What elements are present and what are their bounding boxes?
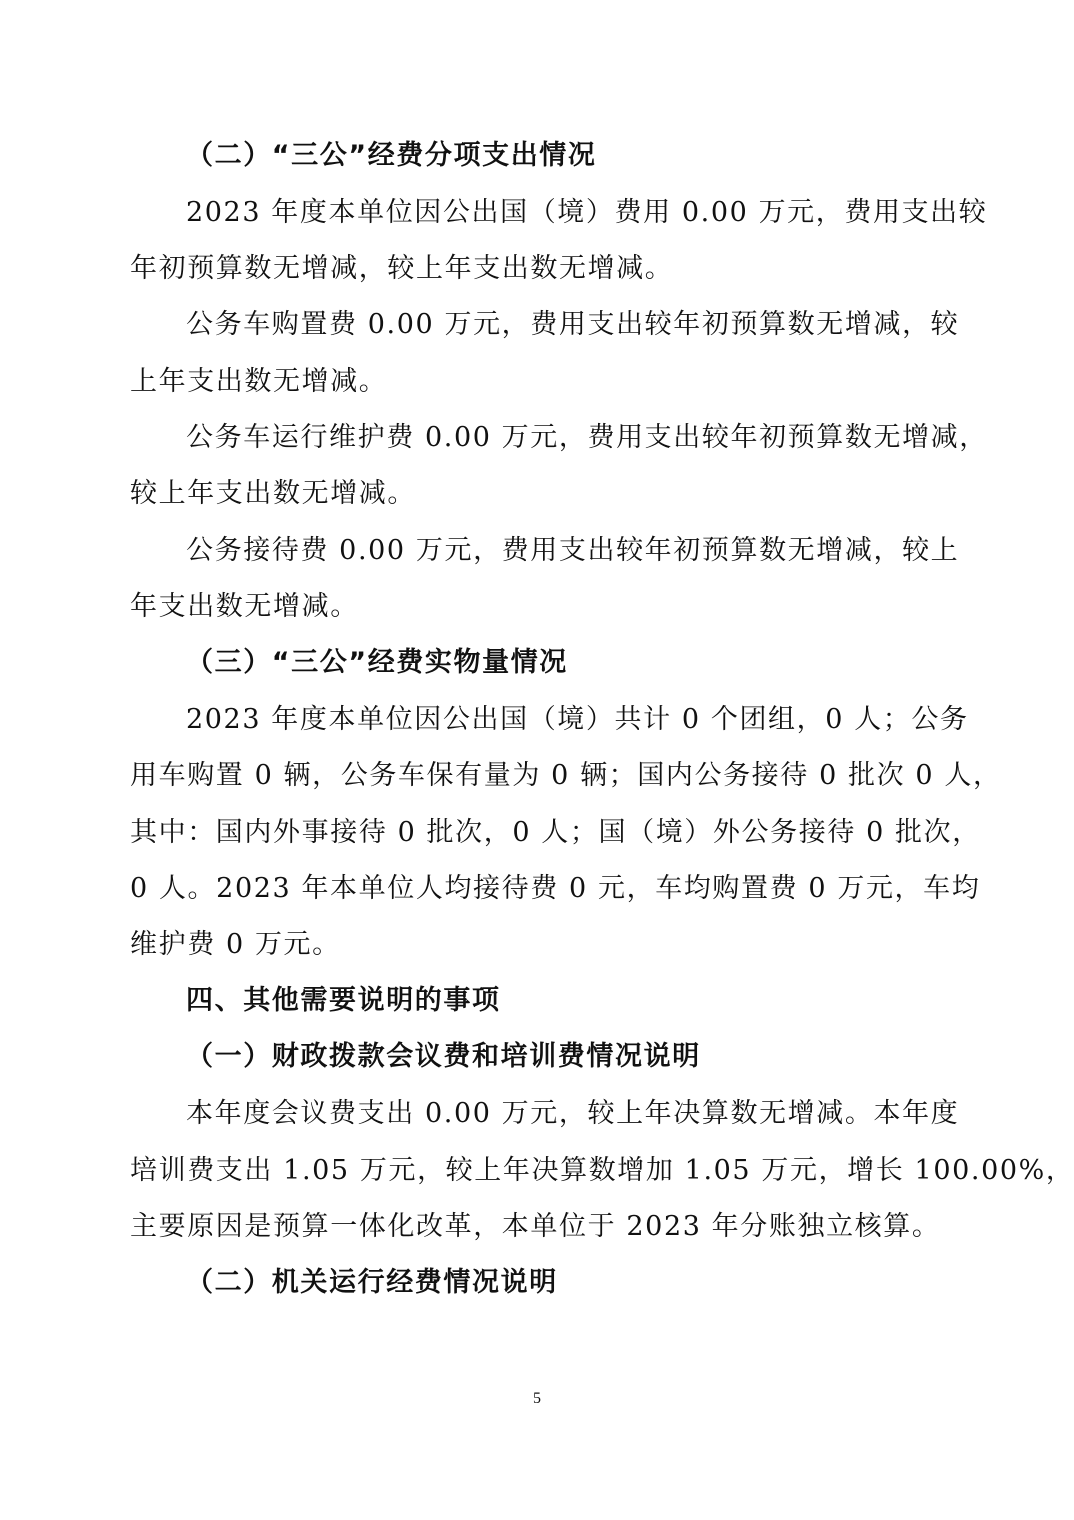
paragraph-line: 上年支出数无增减。 xyxy=(130,366,946,398)
paragraph-line: 本年度会议费支出 0.00 万元，较上年决算数无增减。本年度 xyxy=(186,1098,946,1130)
paragraph-line: 较上年支出数无增减。 xyxy=(130,478,946,510)
document-page: （二）“三公”经费分项支出情况 2023 年度本单位因公出国（境）费用 0.00… xyxy=(0,0,1074,1520)
section-heading-three-public-itemized: （二）“三公”经费分项支出情况 xyxy=(186,140,1002,172)
section-heading-meeting-training: （一）财政拨款会议费和培训费情况说明 xyxy=(186,1041,1002,1073)
section-heading-operating-expenses: （二）机关运行经费情况说明 xyxy=(186,1267,1002,1299)
paragraph-line: 年初预算数无增减，较上年支出数无增减。 xyxy=(130,253,946,285)
paragraph-line: 年支出数无增减。 xyxy=(130,591,946,623)
paragraph-line: 其中：国内外事接待 0 批次，0 人；国（境）外公务接待 0 批次， xyxy=(130,817,946,849)
paragraph-line: 维护费 0 万元。 xyxy=(130,929,946,961)
paragraph-line: 2023 年度本单位因公出国（境）共计 0 个团组，0 人；公务 xyxy=(186,704,946,736)
paragraph-line: 公务车运行维护费 0.00 万元，费用支出较年初预算数无增减， xyxy=(186,422,946,454)
section-heading-three-public-physical: （三）“三公”经费实物量情况 xyxy=(186,647,1002,679)
paragraph-line: 主要原因是预算一体化改革，本单位于 2023 年分账独立核算。 xyxy=(130,1211,946,1243)
paragraph-line: 2023 年度本单位因公出国（境）费用 0.00 万元，费用支出较 xyxy=(186,197,946,229)
paragraph-line: 公务车购置费 0.00 万元，费用支出较年初预算数无增减，较 xyxy=(186,309,946,341)
paragraph-line: 公务接待费 0.00 万元，费用支出较年初预算数无增减，较上 xyxy=(186,535,946,567)
paragraph-line: 0 人。2023 年本单位人均接待费 0 元，车均购置费 0 万元，车均 xyxy=(130,873,946,905)
paragraph-line: 培训费支出 1.05 万元，较上年决算数增加 1.05 万元，增长 100.00… xyxy=(130,1155,946,1187)
paragraph-line: 用车购置 0 辆，公务车保有量为 0 辆；国内公务接待 0 批次 0 人， xyxy=(130,760,946,792)
page-number: 5 xyxy=(0,1390,1074,1408)
section-heading-other-matters: 四、其他需要说明的事项 xyxy=(186,985,1002,1017)
